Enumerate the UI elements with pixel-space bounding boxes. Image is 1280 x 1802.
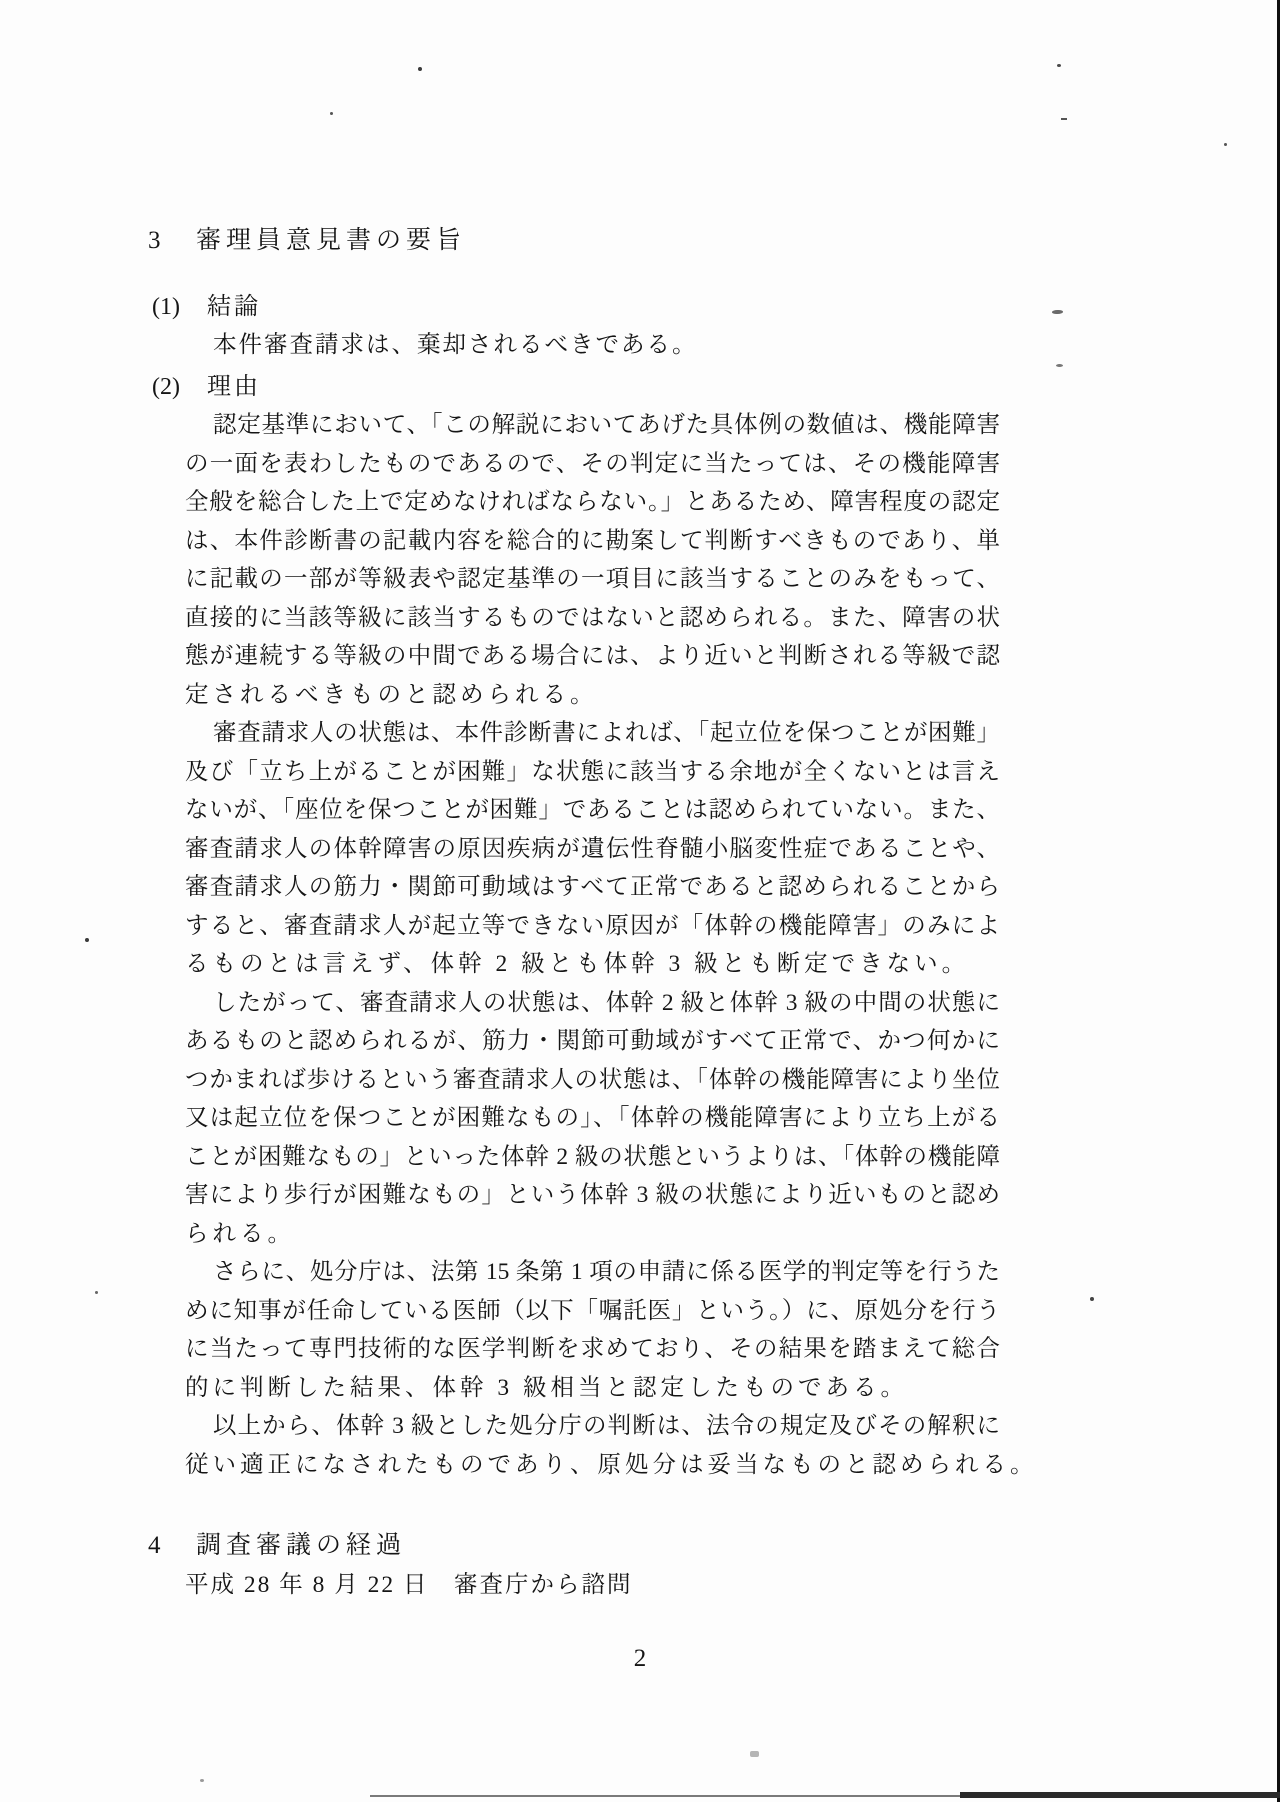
text-line: るものとは言えず、体幹 2 級とも体幹 3 級とも断定できない。 (185, 945, 1280, 984)
text-line: 審査請求人の筋力・関節可動域はすべて正常であると認められることから (185, 868, 1000, 907)
conclusion-text: 本件審査請求は、棄却されるべきである。 (213, 326, 1280, 365)
item1-heading: (1)結論 (152, 288, 1280, 327)
bottom-scan-bar-dark (960, 1792, 1280, 1798)
scanned-document-page: 3審理員意見書の要旨 (1)結論 本件審査請求は、棄却されるべきである。 (2)… (0, 0, 1280, 1802)
reason-body: 認定基準において、「この解説においてあげた具体例の数値は、機能障害の一面を表わし… (0, 406, 1280, 1484)
text-line: は、本件診断書の記載内容を総合的に勘案して判断すべきものであり、単 (185, 522, 1000, 561)
scan-speck (1052, 310, 1063, 314)
section4-title: 調査審議の経過 (196, 1532, 406, 1559)
text-line: 的に判断した結果、体幹 3 級相当と認定したものである。 (185, 1369, 1280, 1408)
text-line: したがって、審査請求人の状態は、体幹 2 級と体幹 3 級の中間の状態に (213, 984, 1000, 1023)
text-line: に当たって専門技術的な医学判断を求めており、その結果を踏まえて総合 (185, 1330, 1000, 1369)
scan-speck (85, 938, 89, 942)
scan-speck (1061, 118, 1067, 120)
text-line: 又は起立位を保つことが困難なもの」、「体幹の機能障害により立ち上がる (185, 1099, 1000, 1138)
text-line: 害により歩行が困難なもの」という体幹 3 級の状態により近いものと認め (185, 1176, 1000, 1215)
section3-title: 審理員意見書の要旨 (196, 227, 466, 254)
item2-number: (2) (152, 368, 207, 407)
text-line: 認定基準において、「この解説においてあげた具体例の数値は、機能障害 (213, 406, 1000, 445)
section3-heading: 3審理員意見書の要旨 (148, 222, 1280, 261)
scan-speck (1090, 1297, 1094, 1301)
text-line: 審査請求人の体幹障害の原因疾病が遺伝性脊髄小脳変性症であることや、 (185, 830, 1000, 869)
text-line: られる。 (185, 1215, 1280, 1254)
section3-number: 3 (148, 222, 196, 261)
item2-label: 理由 (207, 374, 261, 400)
text-line: 及び「立ち上がることが困難」な状態に該当する余地が全くないとは言え (185, 753, 1000, 792)
text-line: あるものと認められるが、筋力・関節可動域がすべて正常で、かつ何かに (185, 1022, 1000, 1061)
item1-label: 結論 (207, 294, 261, 320)
scan-speck (418, 67, 422, 71)
text-line: の一面を表わしたものであるので、その判定に当たっては、その機能障害 (185, 445, 1000, 484)
scan-speck (95, 1291, 98, 1294)
text-line: さらに、処分庁は、法第 15 条第 1 項の申請に係る医学的判定等を行うた (213, 1253, 1000, 1292)
text-line: すると、審査請求人が起立等できない原因が「体幹の機能障害」のみによ (185, 907, 1000, 946)
scan-speck (330, 112, 333, 115)
text-line: に記載の一部が等級表や認定基準の一項目に該当することのみをもって、 (185, 560, 1000, 599)
text-line: 以上から、体幹 3 級とした処分庁の判断は、法令の規定及びその解釈に (213, 1407, 1000, 1446)
text-line: 全般を総合した上で定めなければならない。」とあるため、障害程度の認定 (185, 483, 1000, 522)
item1-number: (1) (152, 288, 207, 327)
text-line: ないが、「座位を保つことが困難」であることは認められていない。また、 (185, 791, 1000, 830)
text-line: めに知事が任命している医師（以下「嘱託医」という。）に、原処分を行う (185, 1292, 1000, 1331)
document-body: 3審理員意見書の要旨 (1)結論 本件審査請求は、棄却されるべきである。 (2)… (0, 222, 1280, 1679)
scan-speck (1056, 364, 1063, 367)
scan-speck (750, 1751, 759, 1757)
text-line: つかまれば歩けるという審査請求人の状態は、「体幹の機能障害により坐位 (185, 1061, 1000, 1100)
item2-heading: (2)理由 (152, 368, 1280, 407)
scan-speck (200, 1779, 204, 1782)
text-line: 定されるべきものと認められる。 (185, 676, 1280, 715)
section4-number: 4 (148, 1527, 196, 1566)
page-number: 2 (0, 1640, 1280, 1679)
procedure-entry: 平成 28 年 8 月 22 日 審査庁から諮問 (185, 1566, 1280, 1605)
text-line: 態が連続する等級の中間である場合には、より近いと判断される等級で認 (185, 637, 1000, 676)
text-line: 直接的に当該等級に該当するものではないと認められる。また、障害の状 (185, 599, 1000, 638)
scan-speck (1224, 143, 1227, 146)
text-line: 審査請求人の状態は、本件診断書によれば、「起立位を保つことが困難」 (213, 714, 1000, 753)
text-line: ことが困難なもの」といった体幹 2 級の状態というよりは、「体幹の機能障 (185, 1138, 1000, 1177)
text-line: 従い適正になされたものであり、原処分は妥当なものと認められる。 (185, 1446, 1280, 1485)
scan-speck (1057, 64, 1061, 67)
section4-heading: 4調査審議の経過 (148, 1527, 1280, 1566)
